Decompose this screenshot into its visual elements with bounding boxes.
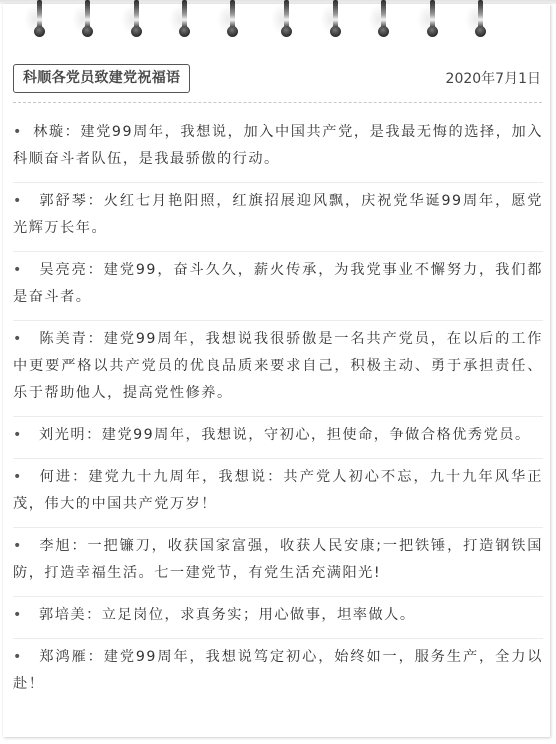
publish-date: 2020年7月1日 <box>446 70 541 88</box>
greeting-text: 李旭：一把镰刀，收获国家富强，收获人民安康;一把铁锤，打造钢铁国防，打造幸福生活… <box>13 538 543 581</box>
greeting-item: •郑鸿雁：建党99周年，我想说笃定初心，始终如一，服务生产，全力以赴！ <box>13 638 543 707</box>
spiral-ring-icon <box>467 0 493 40</box>
greeting-text: 何进：建党九十九周年，我想说：共产党人初心不忘，九十九年风华正茂，伟大的中国共产… <box>13 469 543 512</box>
greetings-list: •林璇：建党99周年，我想说，加入中国共产党，是我最无悔的选择，加入科顺奋斗者队… <box>13 115 543 707</box>
greeting-text: 刘光明：建党99周年，我想说，守初心，担使命，争做合格优秀党员。 <box>39 427 531 443</box>
spiral-binding <box>0 0 556 40</box>
greeting-item: •郭舒琴：火红七月艳阳照，红旗招展迎风飘，庆祝党华诞99周年，愿党光辉万长年。 <box>13 182 543 251</box>
greeting-item: •林璇：建党99周年，我想说，加入中国共产党，是我最无悔的选择，加入科顺奋斗者队… <box>13 115 543 182</box>
greeting-text: 吴亮亮：建党99，奋斗久久，薪火传承，为我党事业不懈努力，我们都是奋斗者。 <box>13 262 543 305</box>
greeting-item: •刘光明：建党99周年，我想说，守初心，担使命，争做合格优秀党员。 <box>13 416 543 458</box>
bullet-icon: • <box>13 257 39 284</box>
greeting-item: •何进：建党九十九周年，我想说：共产党人初心不忘，九十九年风华正茂，伟大的中国共… <box>13 458 543 527</box>
greeting-text: 郭培美：立足岗位，求真务实；用心做事，坦率做人。 <box>39 607 416 623</box>
bullet-icon: • <box>13 188 39 215</box>
spiral-ring-icon <box>273 0 299 40</box>
page-title: 科顺各党员致建党祝福语 <box>13 64 190 93</box>
bullet-icon: • <box>13 326 39 353</box>
bullet-icon: • <box>13 464 39 491</box>
spiral-ring-icon <box>219 0 245 40</box>
bullet-icon: • <box>13 602 39 629</box>
bullet-icon: • <box>13 119 33 146</box>
header-divider <box>13 102 542 103</box>
greeting-text: 陈美青：建党99周年，我想说我很骄傲是一名共产党员，在以后的工作中更要严格以共产… <box>13 331 543 401</box>
spiral-ring-icon <box>370 0 396 40</box>
spiral-ring-icon <box>74 0 100 40</box>
spiral-ring-icon <box>322 0 348 40</box>
greeting-text: 郑鸿雁：建党99周年，我想说笃定初心，始终如一，服务生产，全力以赴！ <box>13 649 543 692</box>
greeting-item: •李旭：一把镰刀，收获国家富强，收获人民安康;一把铁锤，打造钢铁国防，打造幸福生… <box>13 527 543 596</box>
greeting-text: 林璇：建党99周年，我想说，加入中国共产党，是我最无悔的选择，加入科顺奋斗者队伍… <box>13 124 543 167</box>
bullet-icon: • <box>13 533 39 560</box>
bullet-icon: • <box>13 422 39 449</box>
spiral-ring-icon <box>26 0 52 40</box>
greeting-item: •郭培美：立足岗位，求真务实；用心做事，坦率做人。 <box>13 596 543 638</box>
greeting-text: 郭舒琴：火红七月艳阳照，红旗招展迎风飘，庆祝党华诞99周年，愿党光辉万长年。 <box>13 193 543 236</box>
spiral-ring-icon <box>123 0 149 40</box>
greeting-item: •陈美青：建党99周年，我想说我很骄傲是一名共产党员，在以后的工作中更要严格以共… <box>13 320 543 416</box>
spiral-ring-icon <box>171 0 197 40</box>
greeting-item: •吴亮亮：建党99，奋斗久久，薪火传承，为我党事业不懈努力，我们都是奋斗者。 <box>13 251 543 320</box>
spiral-ring-icon <box>419 0 445 40</box>
page-header: 科顺各党员致建党祝福语 2020年7月1日 <box>13 64 542 102</box>
bullet-icon: • <box>13 644 39 671</box>
